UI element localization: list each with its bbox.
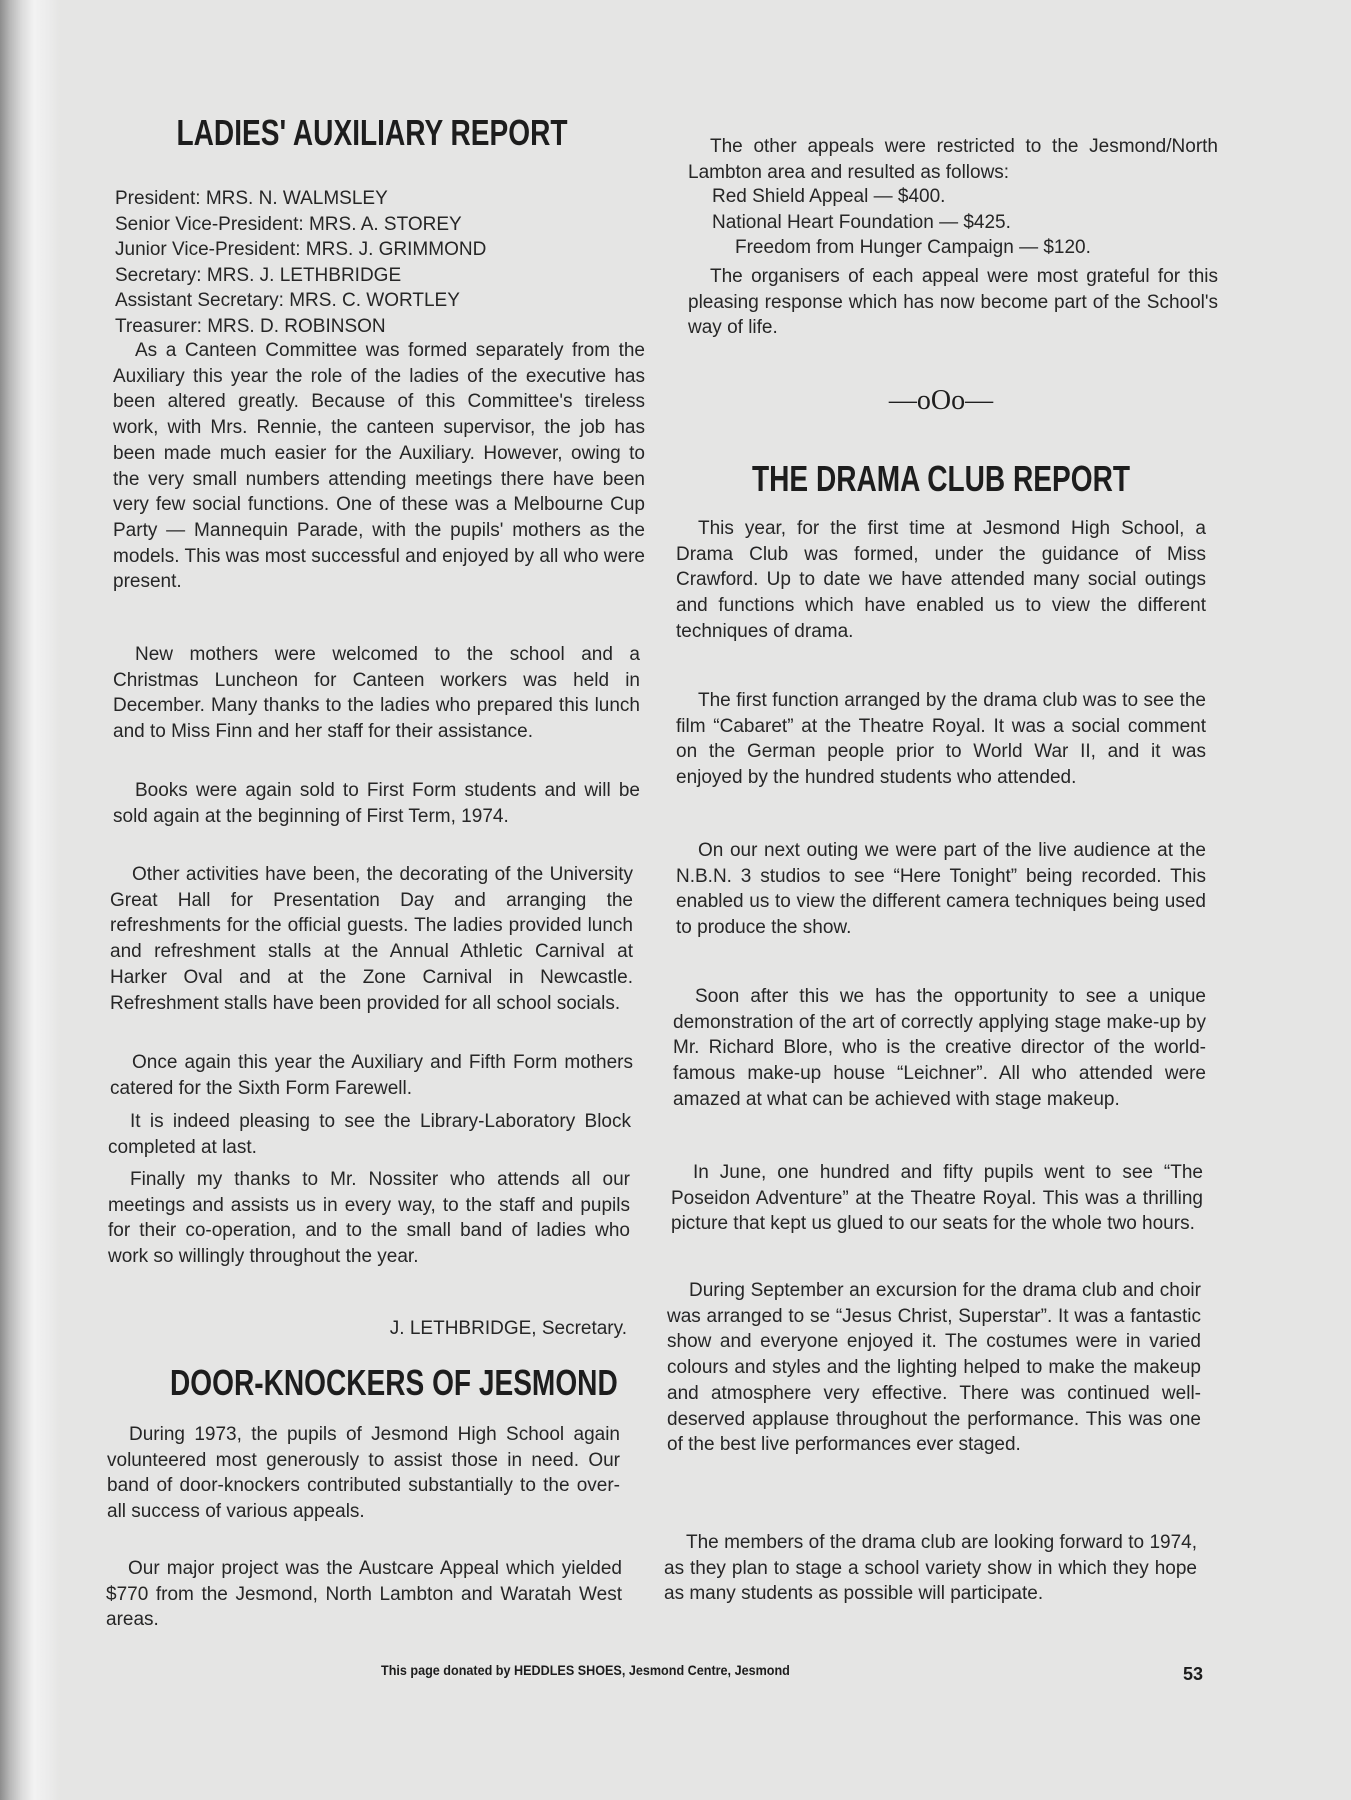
section-separator: —oOo—: [662, 385, 1220, 417]
auxiliary-paragraph-4: Other activities have been, the decorati…: [110, 862, 633, 1016]
drama-paragraph-5: In June, one hundred and fifty pupils we…: [671, 1160, 1203, 1237]
door-knockers-closing: The organisers of each appeal were most …: [688, 264, 1218, 341]
drama-paragraph-3: On our next outing we were part of the l…: [676, 838, 1206, 941]
officer-treasurer: Treasurer: MRS. D. ROBINSON: [115, 314, 486, 340]
drama-paragraph-7: The members of the drama club are lookin…: [664, 1530, 1197, 1607]
auxiliary-signature: J. LETHBRIDGE, Secretary.: [390, 1318, 627, 1340]
drama-paragraph-2: The first function arranged by the drama…: [676, 688, 1206, 791]
door-knockers-paragraph-3: The other appeals were restricted to the…: [688, 134, 1218, 185]
appeal-freedom-from-hunger: Freedom from Hunger Campaign — $120.: [735, 237, 1091, 259]
officer-junior-vice-president: Junior Vice-President: MRS. J. GRIMMOND: [115, 237, 486, 263]
drama-paragraph-4: Soon after this we has the opportunity t…: [673, 984, 1206, 1113]
page-number: 53: [1183, 1664, 1203, 1685]
officer-senior-vice-president: Senior Vice-President: MRS. A. STOREY: [115, 212, 486, 238]
door-knockers-paragraph-1: During 1973, the pupils of Jesmond High …: [107, 1422, 620, 1525]
appeal-national-heart-foundation: National Heart Foundation — $425.: [712, 212, 1011, 234]
officer-president: President: MRS. N. WALMSLEY: [115, 186, 486, 212]
door-knockers-title: DOOR-KNOCKERS OF JESMOND: [170, 1362, 574, 1404]
yearbook-page: LADIES' AUXILIARY REPORT President: MRS.…: [0, 0, 1351, 1800]
auxiliary-paragraph-1: As a Canteen Committee was formed separa…: [113, 338, 645, 595]
auxiliary-paragraph-3: Books were again sold to First Form stud…: [113, 778, 640, 829]
appeal-red-shield: Red Shield Appeal — $400.: [712, 186, 945, 208]
auxiliary-paragraph-7: Finally my thanks to Mr. Nossiter who at…: [108, 1167, 630, 1270]
officer-secretary: Secretary: MRS. J. LETHBRIDGE: [115, 263, 486, 289]
auxiliary-paragraph-5: Once again this year the Auxiliary and F…: [110, 1050, 633, 1101]
drama-paragraph-6: During September an excursion for the dr…: [667, 1278, 1201, 1458]
door-knockers-paragraph-2: Our major project was the Austcare Appea…: [106, 1556, 622, 1633]
officer-assistant-secretary: Assistant Secretary: MRS. C. WORTLEY: [115, 288, 486, 314]
ladies-auxiliary-title: LADIES' AUXILIARY REPORT: [170, 112, 574, 154]
auxiliary-paragraph-6: It is indeed pleasing to see the Library…: [108, 1109, 631, 1160]
drama-club-title: THE DRAMA CLUB REPORT: [723, 458, 1158, 500]
officers-list: President: MRS. N. WALMSLEY Senior Vice-…: [115, 186, 486, 339]
donation-footer: This page donated by HEDDLES SHOES, Jesm…: [381, 1662, 790, 1678]
drama-paragraph-1: This year, for the first time at Jesmond…: [676, 516, 1206, 645]
auxiliary-paragraph-2: New mothers were welcomed to the school …: [113, 642, 640, 745]
